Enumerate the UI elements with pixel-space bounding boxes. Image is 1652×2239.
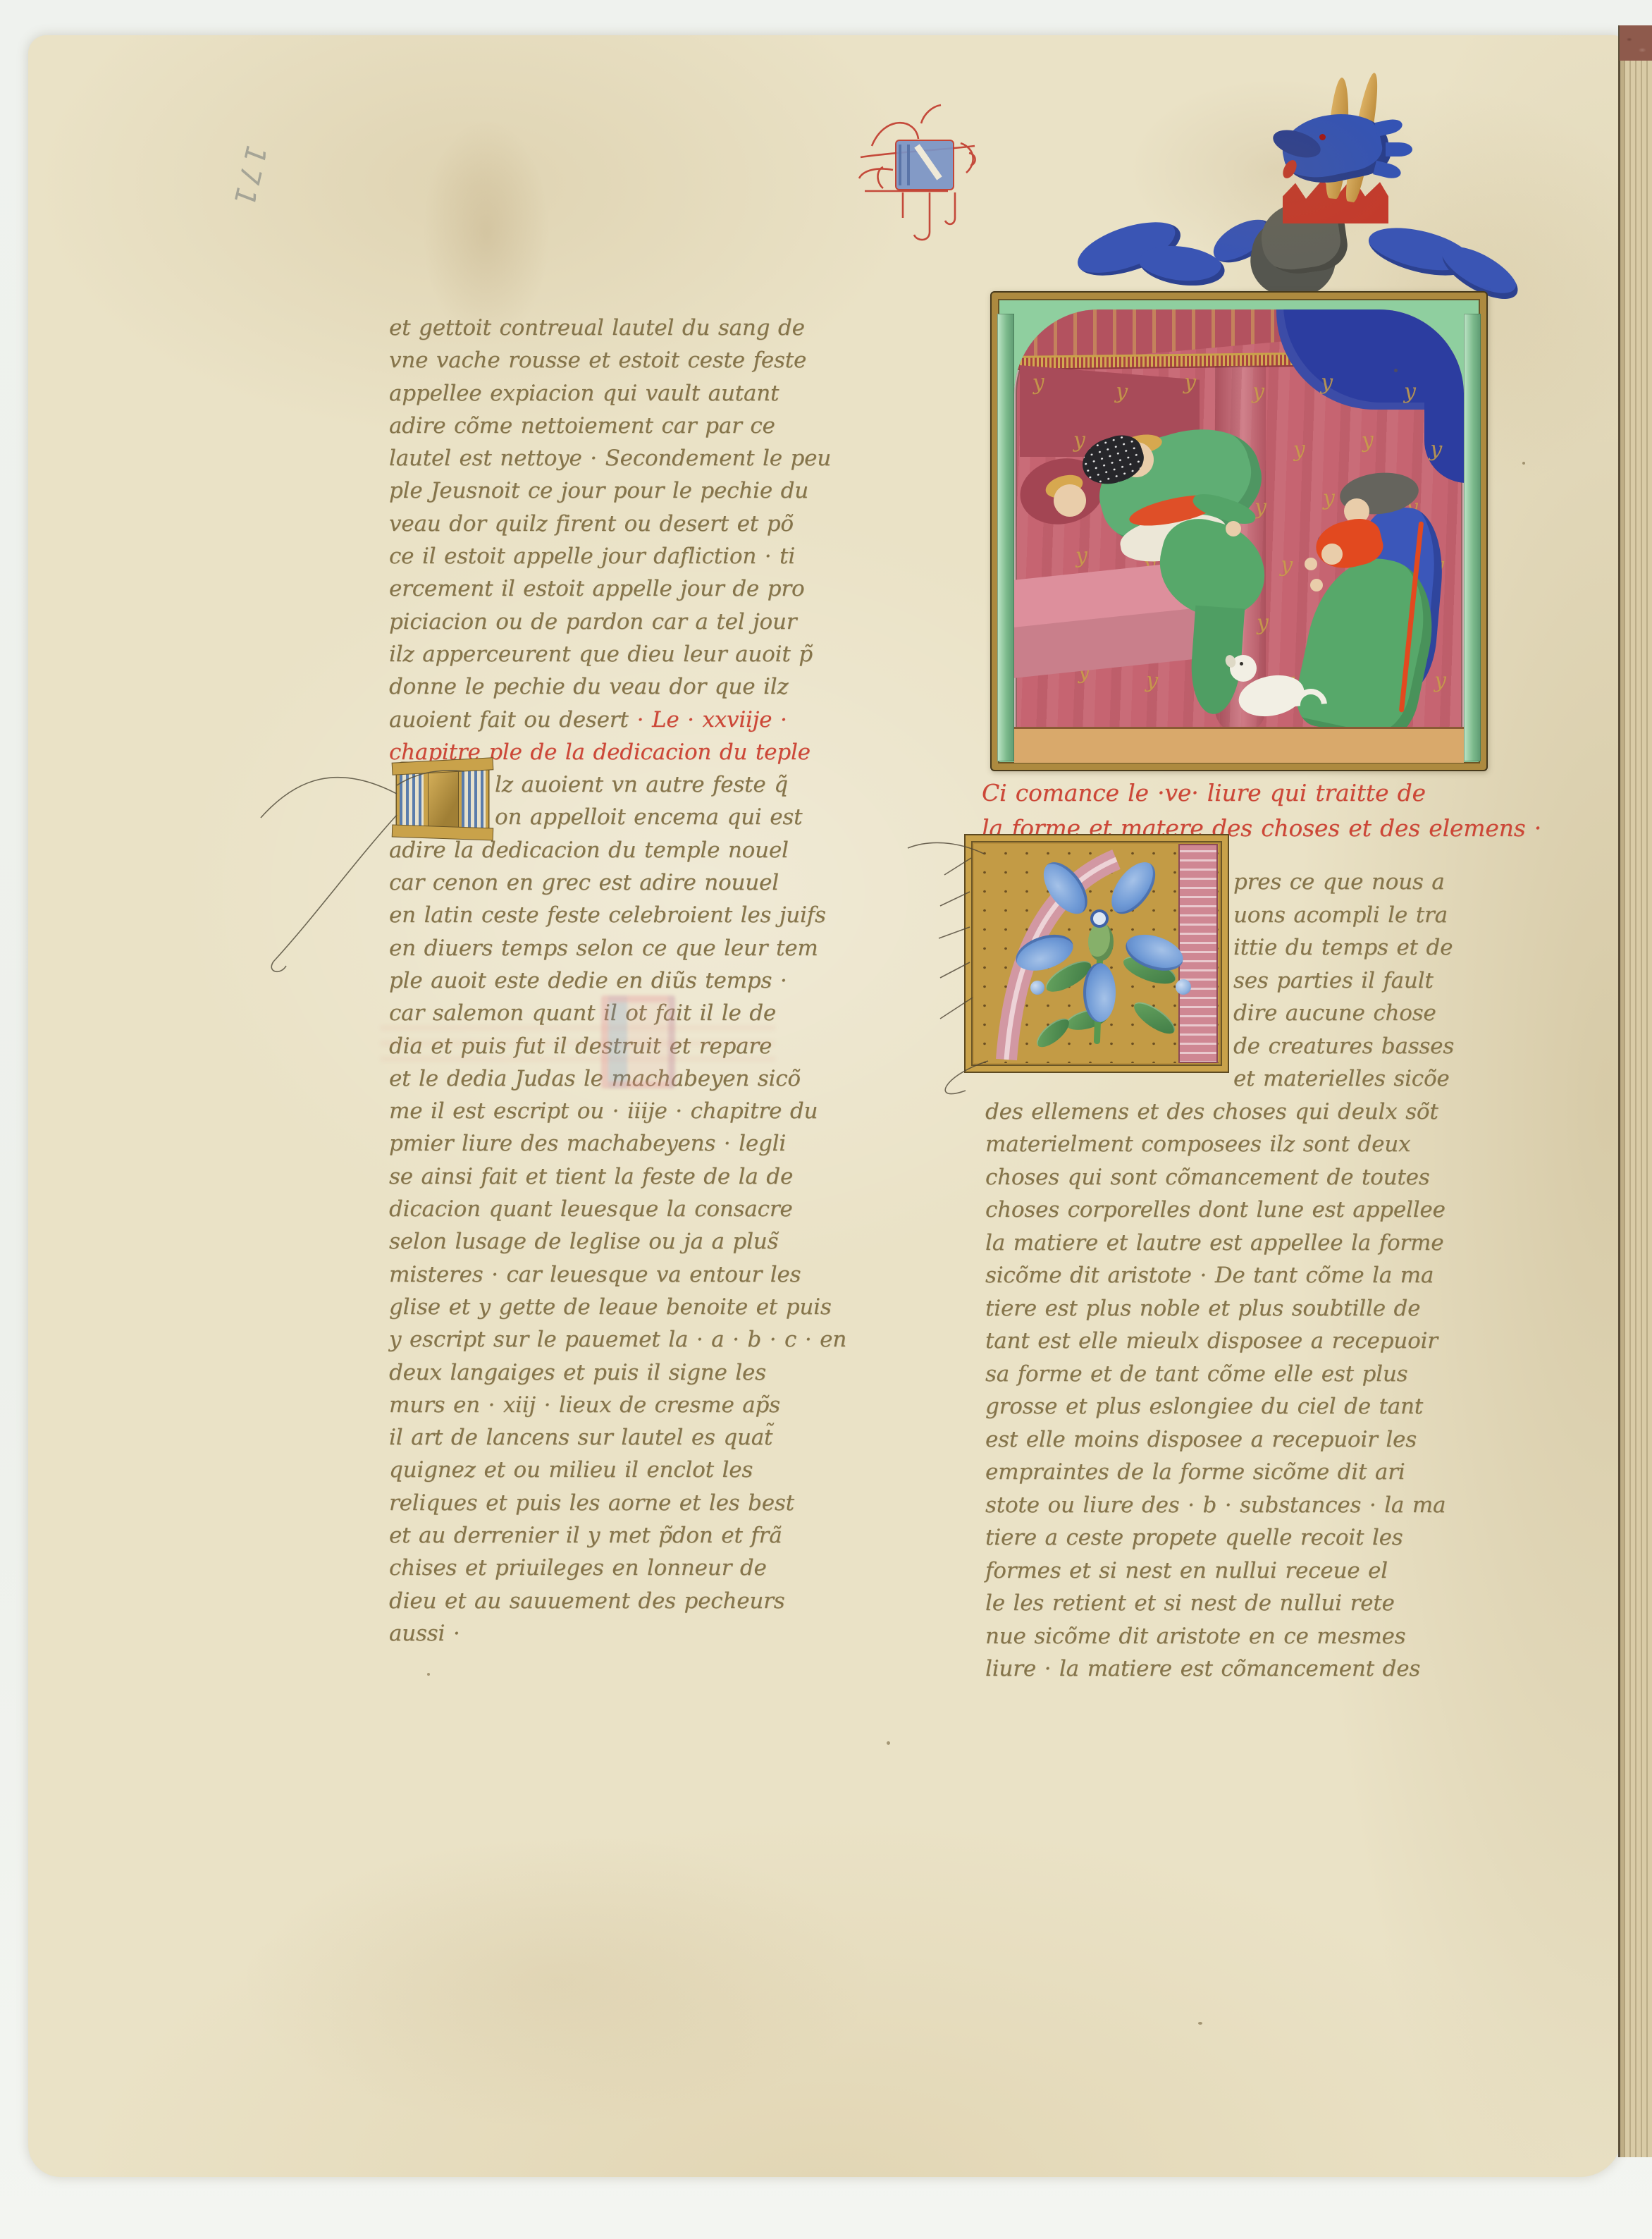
text-line: ple Jeusnoit ce jour pour le pechie du [389, 474, 865, 507]
parchment-page: 171 [28, 35, 1622, 2177]
text-line: le les retient et si nest de nullui rete [985, 1587, 1488, 1620]
text-line: stote ou liure des · b · substances · la… [985, 1489, 1488, 1522]
binding-patch [1620, 25, 1652, 61]
arch-column [997, 314, 1014, 761]
text-line: empraintes de la forme sicõme dit ari [985, 1456, 1488, 1489]
curtain-glyph: y [1075, 544, 1088, 569]
bleedthrough-text [381, 1017, 775, 1062]
text-line: ercement il estoit appelle jour de pro [389, 572, 865, 605]
text-line: veau dor quilz firent ou desert et põ [389, 508, 865, 540]
text-line: et au derrenier il y met p̃don et frã [389, 1519, 865, 1552]
woman-head [1054, 484, 1086, 517]
text-line: dicacion quant leuesque la consacre [389, 1193, 865, 1225]
curtain-glyph: y [1115, 379, 1128, 404]
text-line: il art de lancens sur lautel es quat̃ [389, 1421, 865, 1454]
text-line: piciacion ou de pardon car a tel jour [389, 606, 865, 638]
curtain-glyph: y [1256, 611, 1269, 636]
curtain-glyph: y [1323, 486, 1336, 510]
curtain-glyph: y [1255, 495, 1266, 520]
text-line: choses qui sont cõmancement de toutes [985, 1161, 1488, 1194]
text-line: des ellemens et des choses qui deulx sõt [985, 1096, 1488, 1129]
text-line: pres ce que nous a [985, 866, 1488, 899]
curtain-glyph: y [1434, 668, 1446, 693]
text-line: materielment composees ilz sont deux [985, 1128, 1488, 1161]
curtain-glyph: y [1429, 436, 1443, 462]
text-line: liure · la matiere est cõmancement des [985, 1652, 1488, 1686]
text-line: lautel est nettoye · Secondement le peu [389, 442, 865, 474]
text-line: tiere a ceste propete quelle recoit les [985, 1521, 1488, 1554]
curtain-glyph: y [1032, 369, 1046, 395]
text-line: ple auoit este dedie en diũs temps · [389, 964, 865, 997]
curtain-glyph: y [1280, 552, 1293, 577]
curtain-glyph: y [1252, 379, 1264, 405]
initial-i-body [428, 766, 459, 833]
text-line: chises et priuileges en lonneur de [389, 1552, 865, 1584]
text-line: adire cõme nettoiement car par ce [389, 410, 865, 442]
initial-i-stripes [462, 770, 486, 829]
text-line: me il est escript ou · iiije · chapitre … [389, 1095, 865, 1127]
text-line: ses parties il fault [985, 964, 1488, 998]
curtain-glyph: y [1183, 370, 1197, 395]
onlooker-face [1321, 544, 1343, 565]
text-line: dieu et au sauuement des pecheurs [389, 1585, 865, 1617]
onlooker-hand [1305, 558, 1317, 570]
text-line: et materielles sicõe [985, 1062, 1488, 1096]
heraldic-crest [1071, 73, 1508, 297]
text-line: uons acompli le tra [985, 899, 1488, 932]
dragon-fin [1386, 142, 1412, 157]
text-line: choses corporelles dont lune est appelle… [985, 1194, 1488, 1227]
curtain-glyph: y [1293, 436, 1306, 462]
floor [1014, 727, 1464, 763]
text-line: vne vache rousse et estoit ceste feste [389, 344, 865, 376]
pen-flourish [252, 750, 407, 983]
text-line: en latin ceste feste celebroient les jui… [389, 899, 865, 931]
text-line: pmier liure des machabeyens · legli [389, 1127, 865, 1160]
text-line: misteres · car leuesque va entour les [389, 1258, 865, 1291]
right-column: pres ce que nous auons acompli le traitt… [985, 866, 1488, 1686]
left-column-lower-lines: adire la dedicacion du temple nouelcar c… [389, 834, 865, 1650]
left-column-upper-lines: et gettoit contreual lautel du sang devn… [389, 312, 865, 704]
text-line: car cenon en grec est adire nouuel [389, 866, 865, 899]
text-line: donne le pechie du veau dor que ilz [389, 670, 865, 703]
text-line: glise et y gette de leaue benoite et pui… [389, 1291, 865, 1323]
speck [427, 1673, 430, 1676]
caption-line-1: Ci comance le ·ve· liure qui traitte de [982, 775, 1496, 811]
text-line: tant est elle mieulx disposee a recepuoi… [985, 1325, 1488, 1358]
dragon-fin [1374, 117, 1403, 136]
curtain-glyph: y [1361, 427, 1375, 453]
text-line: et gettoit contreual lautel du sang de [389, 312, 865, 344]
text-line: murs en · xiij · lieux de cresme ap̃s [389, 1389, 865, 1421]
text-line: ittie du temps et de [985, 931, 1488, 964]
stain [240, 1833, 874, 2129]
speck [1522, 462, 1525, 465]
text-line: grosse et plus eslongiee du ciel de tant [985, 1390, 1488, 1423]
text-line: ilz apperceurent que dieu leur auoit p̃ [389, 638, 865, 670]
text-line: la matiere et lautre est appellee la for… [985, 1227, 1488, 1260]
curtain-glyph: y [1145, 668, 1159, 693]
curtain-glyph: y [1404, 379, 1416, 404]
speck [887, 1741, 890, 1745]
speck [1394, 369, 1398, 372]
manuscript-photo: 171 [0, 0, 1652, 2239]
text-segment: auoient fait ou desert [389, 707, 629, 732]
left-column: et gettoit contreual lautel du sang devn… [389, 312, 865, 1650]
curtain-glyph: y [1073, 428, 1086, 453]
text-line: est elle moins disposee a recepuoir les [985, 1423, 1488, 1456]
dog-eye [1240, 662, 1243, 665]
dragon-fin [1373, 161, 1403, 181]
lover-hand [1226, 521, 1241, 536]
text-line: sa forme et de tant cõme elle est plus [985, 1358, 1488, 1391]
text-line-with-rubric: auoient fait ou desert· Le · xxviije · [389, 704, 865, 736]
text-line: reliques et puis les aorne et les best [389, 1487, 865, 1519]
text-line: selon lusage de leglise ou ja a plus̃ [389, 1225, 865, 1258]
right-column-full-lines: des ellemens et des choses qui deulx sõt… [985, 1096, 1488, 1686]
miniature-scene: yyyyyyyyyyyyyyyyyyyyyyyyyyyyyyyyyyyy [1014, 309, 1464, 763]
text-line: formes et si nest en nullui receue el [985, 1554, 1488, 1588]
text-line: tiere est plus noble et plus soubtille d… [985, 1292, 1488, 1325]
text-line: se ainsi fait et tient la feste de la de [389, 1160, 865, 1193]
chapter-rubric-inline: · Le · xxviije · [637, 707, 787, 732]
speck [1198, 2022, 1202, 2025]
quire-mark [856, 102, 987, 240]
text-line: nue sicõme dit aristote en ce mesmes [985, 1620, 1488, 1653]
text-line: aussi · [389, 1617, 865, 1650]
text-line: y escript sur le pauemet la · a · b · c … [389, 1323, 865, 1356]
text-line: deux langaiges et puis il signe les [389, 1356, 865, 1389]
text-line: de creatures basses [985, 1030, 1488, 1063]
fore-edge-pages [1618, 25, 1652, 2157]
text-line: en diuers temps selon ce que leur tem [389, 932, 865, 964]
folio-number-pencil: 171 [227, 140, 272, 214]
dragon-eye [1319, 134, 1326, 140]
text-line: sicõme dit aristote · De tant cõme la ma [985, 1259, 1488, 1292]
right-column-narrow-lines: pres ce que nous auons acompli le traitt… [985, 866, 1488, 1096]
text-line: quignez et ou milieu il enclot les [389, 1454, 865, 1486]
onlooker-hand [1310, 579, 1323, 591]
pen-flourish [908, 842, 988, 1093]
text-line: dire aucune chose [985, 997, 1488, 1030]
miniature: yyyyyyyyyyyyyyyyyyyyyyyyyyyyyyyyyyyy [990, 291, 1488, 771]
curtain-glyph: y [1321, 370, 1333, 395]
text-line: ce il estoit appelle jour dafliction · t… [389, 540, 865, 572]
text-line: appellee expiacion qui vault autant [389, 377, 865, 410]
initial-i [397, 763, 488, 836]
arch-column [1464, 314, 1481, 761]
